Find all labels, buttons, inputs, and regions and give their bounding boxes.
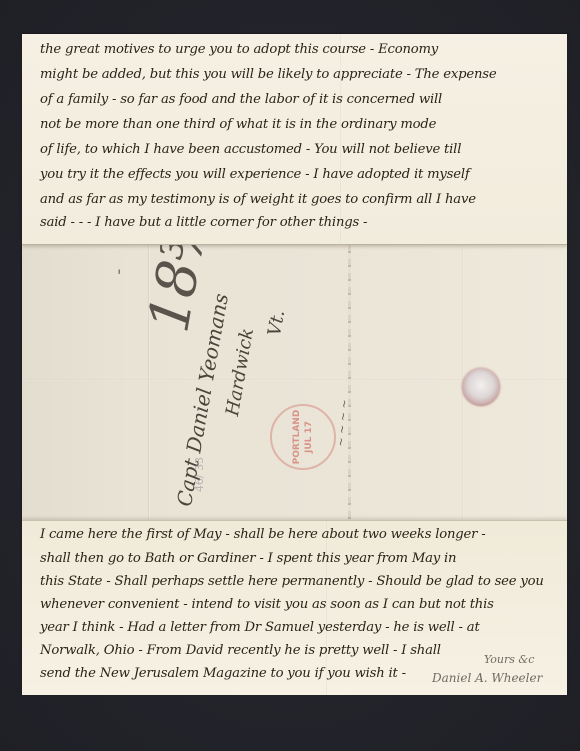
pencil-notation: 46/ 33 <box>193 457 206 492</box>
address-state: Vt. <box>264 308 289 337</box>
letter-top-panel: the great motives to urge you to adopt t… <box>22 34 567 245</box>
letter-line: you try it the effects you will experien… <box>40 167 470 182</box>
letter-line: said - - - I have but a little corner fo… <box>40 215 367 230</box>
letter-line: I came here the first of May - shall be … <box>40 527 486 542</box>
closing: Yours &c <box>484 653 534 666</box>
letter-line: whenever convenient - intend to visit yo… <box>40 597 494 612</box>
signature: Daniel A. Wheeler <box>432 671 542 685</box>
letter-line: this State - Shall perhaps settle here p… <box>40 574 544 589</box>
pencil-tick-mark: ' <box>117 266 121 285</box>
letter-line: of life, to which I have been accustomed… <box>40 142 461 157</box>
letter-line: of a family - so far as food and the lab… <box>40 92 442 107</box>
letter-line: the great motives to urge you to adopt t… <box>40 42 438 57</box>
letter-line: might be added, but this you will be lik… <box>40 67 496 82</box>
letter-line: not be more than one third of what it is… <box>40 117 436 132</box>
letter-line: year I think - Had a letter from Dr Samu… <box>40 620 480 635</box>
folded-letter: the great motives to urge you to adopt t… <box>22 34 567 694</box>
letter-line: and as far as my testimony is of weight … <box>40 192 476 207</box>
postmark-date: JUL 17 <box>303 421 315 453</box>
top-panel-fold <box>340 34 342 244</box>
letter-line: Norwalk, Ohio - From David recently he i… <box>40 643 441 658</box>
letter-bottom-panel: I came here the first of May - shall be … <box>22 520 567 695</box>
postmark-city: PORTLAND <box>291 410 303 465</box>
letter-line: send the New Jerusalem Magazine to you i… <box>40 666 406 681</box>
wax-seal-remnant <box>462 368 500 406</box>
letter-line: shall then go to Bath or Gardiner - I sp… <box>40 551 456 566</box>
red-postmark: PORTLAND JUL 17 <box>270 404 336 470</box>
